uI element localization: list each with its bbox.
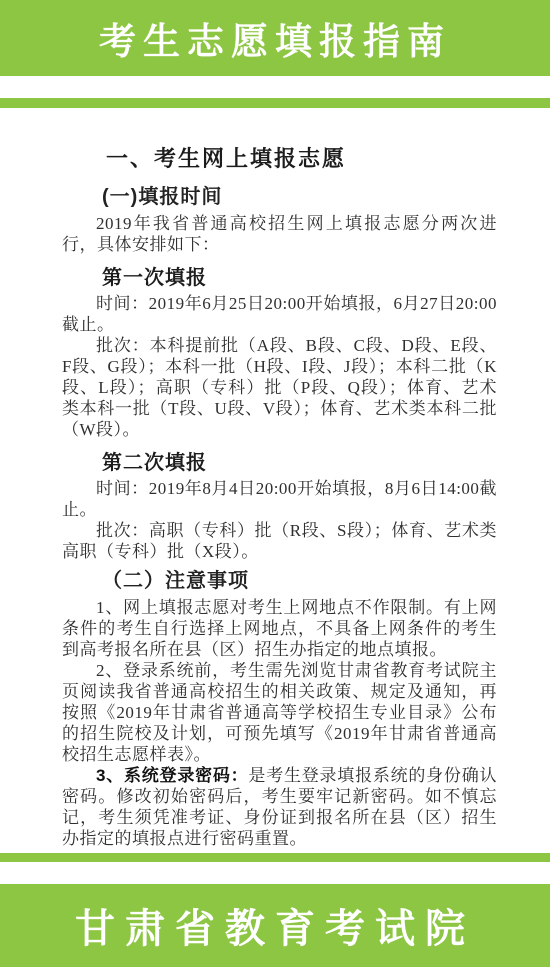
intro-paragraph: 2019年我省普通高校招生网上填报志愿分两次进行，具体安排如下： bbox=[62, 213, 497, 255]
page-title: 考生志愿填报指南 bbox=[99, 11, 451, 65]
second-round-time: 时间：2019年8月4日20:00开始填报，8月6日14:00截止。 bbox=[62, 478, 497, 520]
header-gap bbox=[0, 76, 550, 98]
first-round-batches: 批次：本科提前批（A段、B段、C段、D段、E段、F段、G段）；本科一批（H段、I… bbox=[62, 335, 497, 440]
footer-banner: 甘肃省教育考试院 bbox=[0, 884, 550, 967]
document-body: 一、考生网上填报志愿 (一)填报时间 2019年我省普通高校招生网上填报志愿分两… bbox=[0, 108, 550, 853]
section-1-heading: 一、考生网上填报志愿 bbox=[62, 142, 497, 173]
note-3-lead: 3、系统登录密码： bbox=[96, 766, 248, 785]
first-round-time: 时间：2019年6月25日20:00开始填报，6月27日20:00截止。 bbox=[62, 293, 497, 335]
footer-gap bbox=[0, 862, 550, 884]
top-divider-stripe bbox=[0, 98, 550, 108]
bottom-divider-stripe bbox=[0, 853, 550, 862]
second-round-heading: 第二次填报 bbox=[62, 446, 497, 475]
subsection-1-heading: (一)填报时间 bbox=[62, 180, 497, 209]
first-round-heading: 第一次填报 bbox=[62, 261, 497, 290]
subsection-2-heading: （二）注意事项 bbox=[62, 564, 497, 593]
footer-title: 甘肃省教育考试院 bbox=[75, 897, 475, 954]
note-3-paragraph: 3、系统登录密码：是考生登录填报系统的身份确认密码。修改初始密码后，考生要牢记新… bbox=[62, 765, 497, 849]
note-1-paragraph: 1、网上填报志愿对考生上网地点不作限制。有上网条件的考生自行选择上网地点，不具备… bbox=[62, 597, 497, 660]
header-banner: 考生志愿填报指南 bbox=[0, 0, 550, 76]
note-2-paragraph: 2、登录系统前，考生需先浏览甘肃省教育考试院主页阅读我省普通高校招生的相关政策、… bbox=[62, 660, 497, 765]
second-round-batches: 批次：高职（专科）批（R段、S段）；体育、艺术类高职（专科）批（X段）。 bbox=[62, 520, 497, 562]
